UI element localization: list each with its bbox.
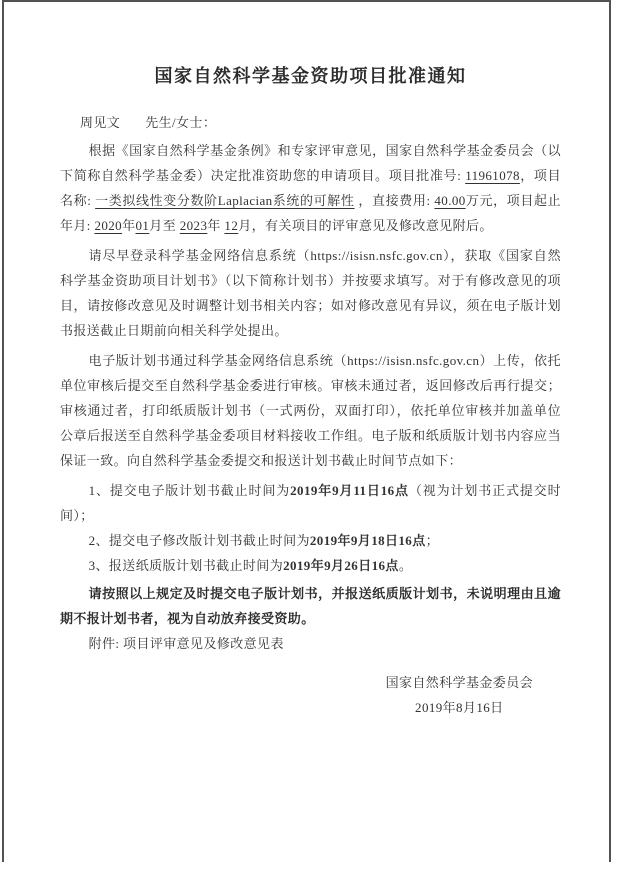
document-body: 周见文先生/女士： 根据《国家自然科学基金条例》和专家评审意见，国家自然科学基金… xyxy=(60,110,561,720)
signature-block: 国家自然科学基金委员会 2019年8月16日 xyxy=(60,670,561,720)
attachment-line: 附件: 项目评审意见及修改意见表 xyxy=(60,631,561,656)
text-run: 月至 xyxy=(149,218,179,233)
text-run: 月，有关项目的评审意见及修改意见附后。 xyxy=(238,218,493,233)
warning-paragraph: 请按照以上规定及时提交电子版计划书，并报送纸质版计划书，未说明理由且逾期不报计划… xyxy=(60,581,561,631)
paragraph-system-login: 请尽早登录科学基金网络信息系统（https://isisn.nsfc.gov.c… xyxy=(60,243,561,343)
document-title: 国家自然科学基金资助项目批准通知 xyxy=(60,64,561,88)
direct-cost: 40.00 xyxy=(434,193,465,208)
deadline-electronic: 2019年9月11日16点 xyxy=(290,483,409,498)
document-page: 国家自然科学基金资助项目批准通知 周见文先生/女士： 根据《国家自然科学基金条例… xyxy=(2,0,611,862)
greeting-line: 周见文先生/女士： xyxy=(60,110,561,135)
salutation: 先生/女士： xyxy=(145,115,216,130)
deadline-item-revised: 2、提交电子修改版计划书截止时间为2019年9月18日16点； xyxy=(60,528,561,553)
text-run: 2、提交电子修改版计划书截止时间为 xyxy=(89,533,310,548)
text-run: 年 xyxy=(207,218,224,233)
project-title: 一类拟线性变分数阶Laplacian系统的可解性 xyxy=(95,193,354,208)
text-run: 3、报送纸质版计划书截止时间为 xyxy=(89,558,284,573)
end-year: 2023 xyxy=(180,218,208,233)
text-run: 年 xyxy=(122,218,135,233)
signature-date: 2019年8月16日 xyxy=(386,695,533,720)
paragraph-approval: 根据《国家自然科学基金条例》和专家评审意见，国家自然科学基金委员会（以下简称自然… xyxy=(60,138,561,238)
deadline-item-electronic: 1、提交电子版计划书截止时间为2019年9月11日16点（视为计划书正式提交时间… xyxy=(60,478,561,528)
text-run: 。 xyxy=(399,558,412,573)
signature-organization: 国家自然科学基金委员会 xyxy=(386,670,533,695)
signature-inner: 国家自然科学基金委员会 2019年8月16日 xyxy=(386,670,533,720)
text-run: ； xyxy=(426,533,439,548)
deadline-revised: 2019年9月18日16点 xyxy=(310,533,426,548)
recipient-name: 周见文 xyxy=(80,115,120,130)
start-month: 01 xyxy=(135,218,149,233)
text-run: 1、提交电子版计划书截止时间为 xyxy=(89,483,291,498)
grant-number: 11961078 xyxy=(465,168,520,183)
deadline-paper: 2019年9月26日16点 xyxy=(283,558,399,573)
deadline-item-paper: 3、报送纸质版计划书截止时间为2019年9月26日16点。 xyxy=(60,553,561,578)
paragraph-submission-process: 电子版计划书通过科学基金网络信息系统（https://isisn.nsfc.go… xyxy=(60,348,561,473)
start-year: 2020 xyxy=(94,218,122,233)
end-month: 12 xyxy=(224,218,238,233)
text-run: ，直接费用: xyxy=(355,193,435,208)
